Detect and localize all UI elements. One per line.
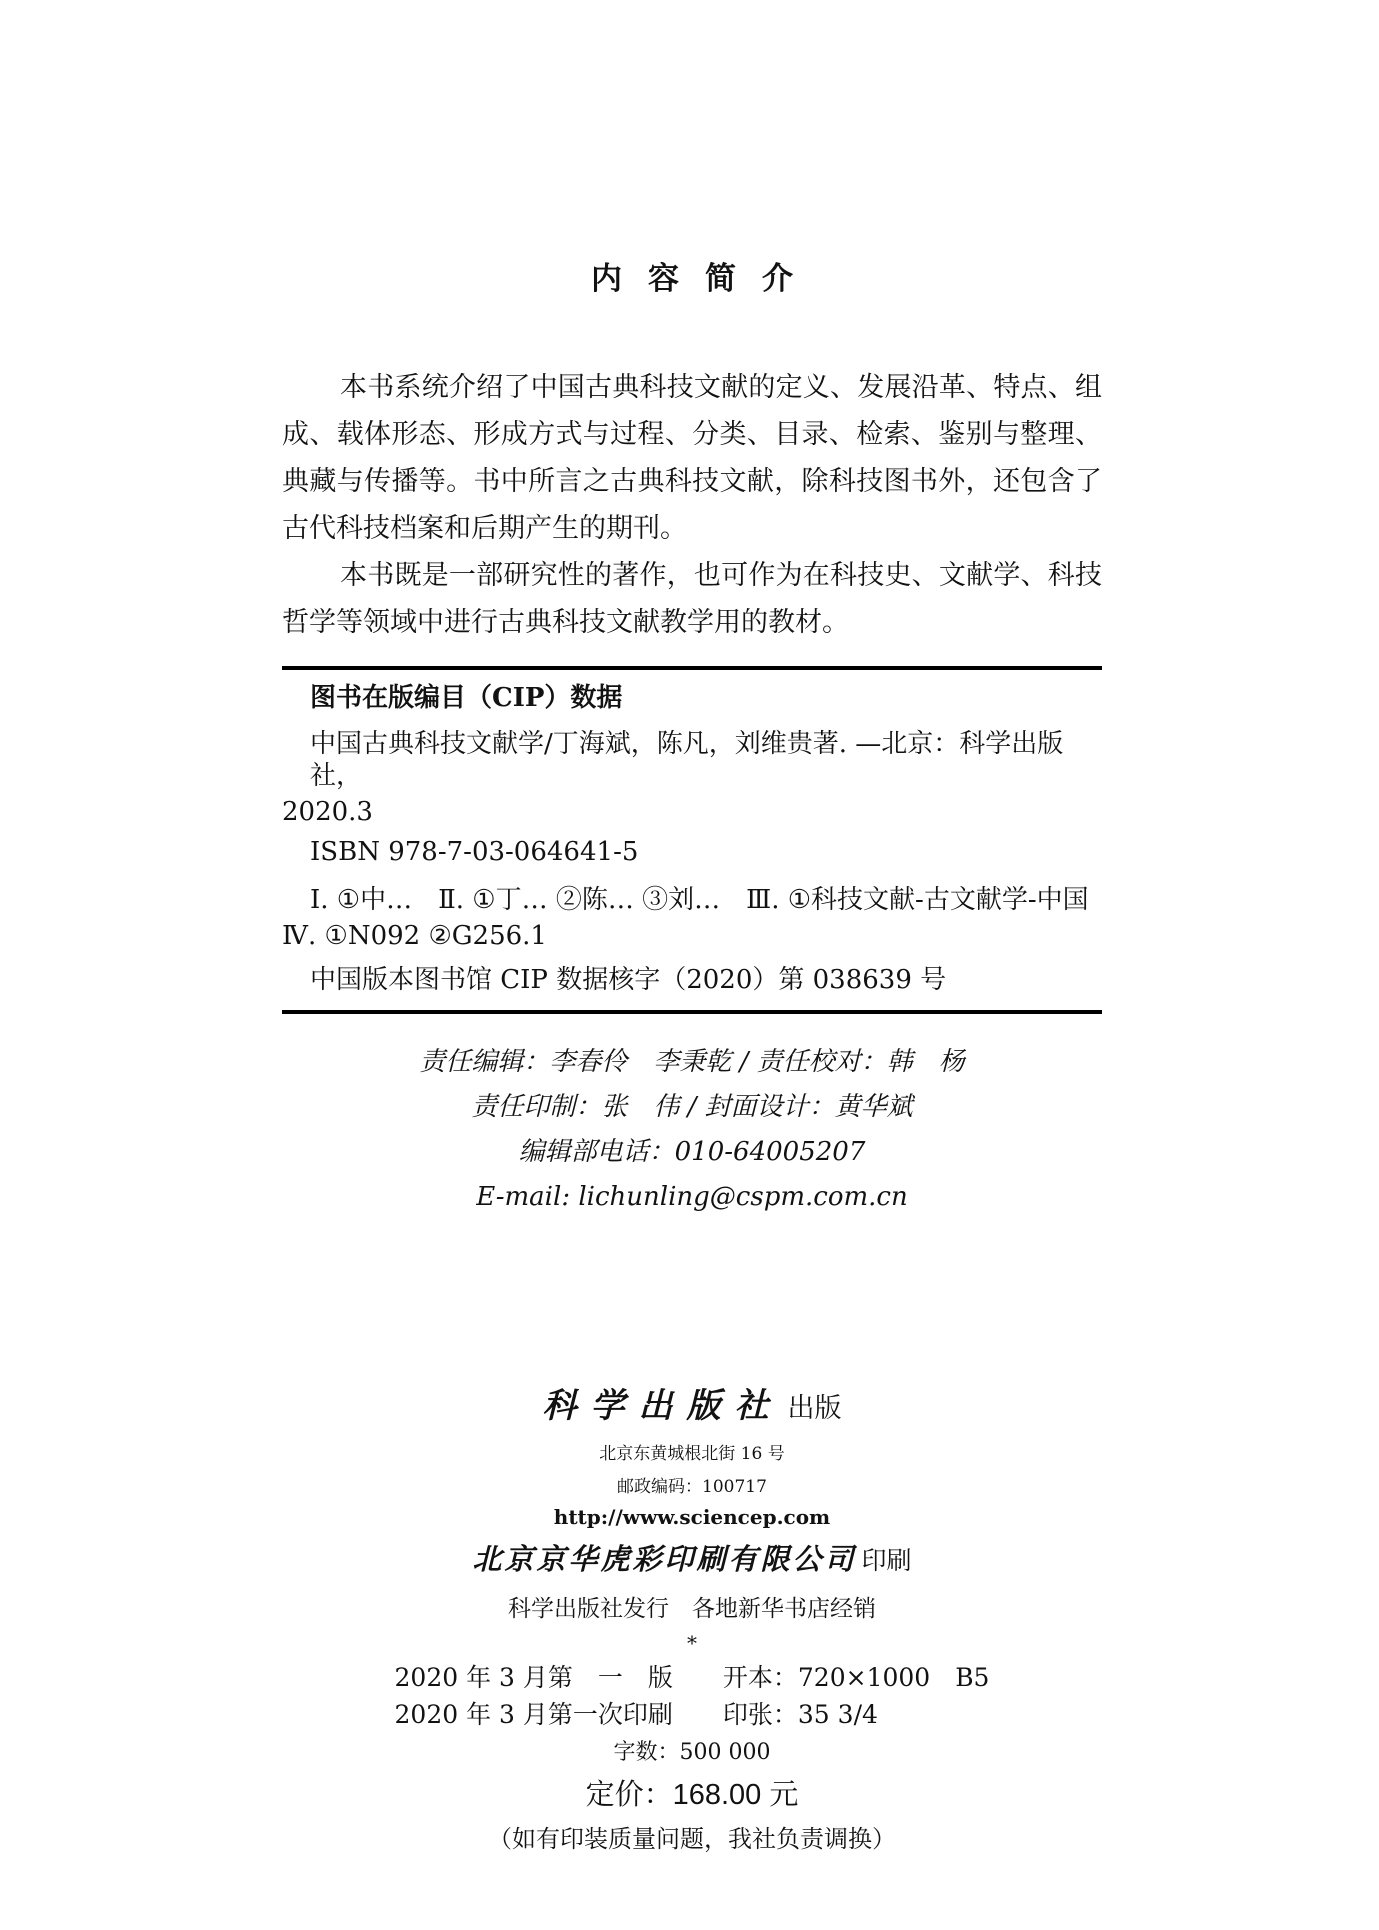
credit-email: E-mail: lichunling@cspm.com.cn <box>282 1175 1102 1220</box>
cip-isbn: ISBN 978-7-03-064641-5 <box>310 836 1102 868</box>
cip-title: 图书在版编目（CIP）数据 <box>310 682 1102 714</box>
edition-info: 2020 年 3 月第 一 版 开本：720×1000 B5 2020 年 3 … <box>395 1659 990 1733</box>
quality-note: （如有印装质量问题，我社负责调换） <box>282 1819 1102 1854</box>
publisher-name: 科学出版社 <box>542 1386 782 1426</box>
credit-editors: 责任编辑：李春伶 李秉乾 / 责任校对：韩 杨 <box>282 1040 1102 1085</box>
price: 定价：168.00 元 <box>282 1772 1102 1813</box>
editorial-credits: 责任编辑：李春伶 李秉乾 / 责任校对：韩 杨 责任印制：张 伟 / 封面设计：… <box>282 1040 1102 1220</box>
asterisk-separator: * <box>282 1631 1102 1655</box>
book-copyright-page: 内容简介 本书系统介绍了中国古典科技文献的定义、发展沿革、特点、组成、载体形态、… <box>0 0 1379 1930</box>
edition-line: 2020 年 3 月第 一 版 开本：720×1000 B5 <box>395 1659 990 1696</box>
distribution-line: 科学出版社发行 各地新华书店经销 <box>282 1590 1102 1623</box>
publisher-address: 北京东黄城根北街 16 号 <box>282 1439 1102 1464</box>
printer-name: 北京京华虎彩印刷有限公司 <box>472 1542 856 1576</box>
publisher-name-suffix: 出版 <box>788 1393 842 1424</box>
printing-line: 2020 年 3 月第一次印刷 印张：35 3/4 <box>395 1696 990 1733</box>
intro-title: 内容简介 <box>282 0 1102 298</box>
content-column: 内容简介 本书系统介绍了中国古典科技文献的定义、发展沿革、特点、组成、载体形态、… <box>282 0 1102 1854</box>
cip-description: 中国古典科技文献学/丁海斌，陈凡，刘维贵著. —北京：科学出版社， <box>310 728 1102 792</box>
cip-classification-line-1: Ⅰ. ①中… Ⅱ. ①丁… ②陈… ③刘… Ⅲ. ①科技文献-古文献学-中国 <box>310 884 1102 916</box>
publisher-postcode: 邮政编码：100717 <box>282 1472 1102 1497</box>
cip-data-box: 图书在版编目（CIP）数据 中国古典科技文献学/丁海斌，陈凡，刘维贵著. —北京… <box>282 666 1102 1014</box>
imprint-line: 科学出版社 出版 <box>282 1378 1102 1427</box>
cip-description-year: 2020.3 <box>282 796 1102 828</box>
printer-name-suffix: 印刷 <box>862 1546 912 1575</box>
intro-paragraph-1: 本书系统介绍了中国古典科技文献的定义、发展沿革、特点、组成、载体形态、形成方式与… <box>282 364 1102 552</box>
cip-classification-line-2: Ⅳ. ①N092 ②G256.1 <box>282 920 1102 952</box>
publisher-colophon: 科学出版社 出版 北京东黄城根北街 16 号 邮政编码：100717 http:… <box>282 1378 1102 1854</box>
intro-paragraph-2: 本书既是一部研究性的著作，也可作为在科技史、文献学、科技哲学等领域中进行古典科技… <box>282 552 1102 646</box>
word-count: 字数：500 000 <box>282 1735 1102 1766</box>
publisher-url: http://www.sciencep.com <box>282 1505 1102 1529</box>
credit-printing-design: 责任印制：张 伟 / 封面设计：黄华斌 <box>282 1085 1102 1130</box>
printer-line: 北京京华虎彩印刷有限公司 印刷 <box>282 1537 1102 1578</box>
cip-record-number: 中国版本图书馆 CIP 数据核字（2020）第 038639 号 <box>310 964 1102 996</box>
intro-section: 本书系统介绍了中国古典科技文献的定义、发展沿革、特点、组成、载体形态、形成方式与… <box>282 364 1102 646</box>
credit-editorial-phone: 编辑部电话：010-64005207 <box>282 1130 1102 1175</box>
